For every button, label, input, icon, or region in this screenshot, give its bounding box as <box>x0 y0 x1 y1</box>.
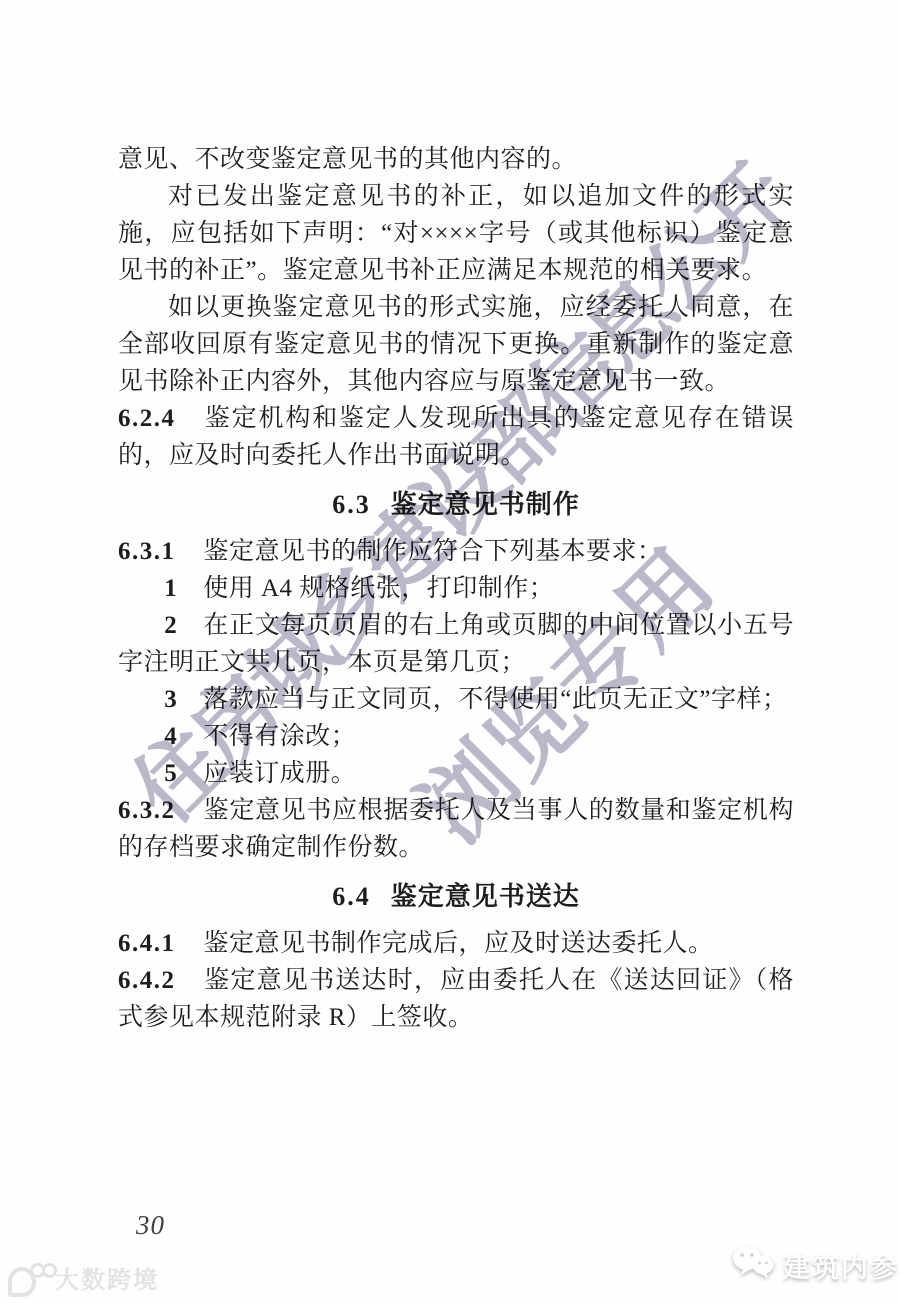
list-item-text: 落款应当与正文同页，不得使用“此页无正文”字样； <box>203 686 787 713</box>
list-item-number: 3 <box>164 686 177 713</box>
clause-text: 鉴定意见书制作完成后，应及时送达委托人。 <box>204 930 714 957</box>
list-item-text: 在正文每页页眉的右上角或页脚的中间位置以小五号字注明正文共几页，本页是第几页； <box>118 612 794 676</box>
list-item-text: 不得有涂改； <box>203 723 356 750</box>
list-item-number: 1 <box>164 575 177 602</box>
section-heading-title: 鉴定意见书送达 <box>391 881 580 911</box>
clause-6-4-1: 6.4.1鉴定意见书制作完成后，应及时送达委托人。 <box>118 925 794 962</box>
list-item-number: 5 <box>164 760 177 787</box>
wechat-icon <box>731 1243 775 1288</box>
list-item-number: 4 <box>164 723 177 750</box>
paragraph-supplement-by-file: 对已发出鉴定意见书的补正，如以追加文件的形式实施，应包括如下声明：“对××××字… <box>118 178 794 289</box>
list-item-2: 2在正文每页页眉的右上角或页脚的中间位置以小五号字注明正文共几页，本页是第几页； <box>118 607 794 681</box>
section-heading-number: 6.3 <box>332 490 371 519</box>
list-item-4: 4不得有涂改； <box>118 718 794 755</box>
list-item-3: 3落款应当与正文同页，不得使用“此页无正文”字样； <box>118 681 794 718</box>
clause-number: 6.3.1 <box>118 538 176 565</box>
clause-text: 鉴定意见书的制作应符合下列基本要求： <box>204 538 663 565</box>
list-item-number: 2 <box>164 612 177 639</box>
footer-right-brand: 建筑内参 <box>731 1243 899 1288</box>
document-page: 意见、不改变鉴定意见书的其他内容的。 对已发出鉴定意见书的补正，如以追加文件的形… <box>0 0 900 1303</box>
clause-6-3-2: 6.3.2鉴定意见书应根据委托人及当事人的数量和鉴定机构的存档要求确定制作份数。 <box>118 792 794 866</box>
clause-text: 鉴定意见书送达时，应由委托人在《送达回证》（格式参见本规范附录 R）上签收。 <box>118 967 794 1031</box>
clause-text: 鉴定意见书应根据委托人及当事人的数量和鉴定机构的存档要求确定制作份数。 <box>118 797 794 861</box>
list-item-text: 使用 A4 规格纸张，打印制作； <box>203 575 554 602</box>
section-heading-number: 6.4 <box>332 882 371 911</box>
paragraph-replacement: 如以更换鉴定意见书的形式实施，应经委托人同意，在全部收回原有鉴定意见书的情况下更… <box>118 289 794 400</box>
list-item-5: 5应装订成册。 <box>118 755 794 792</box>
footer-right-brand-label: 建筑内参 <box>783 1246 899 1285</box>
section-heading-6-3: 6.3鉴定意见书制作 <box>118 486 794 523</box>
clause-number: 6.4.2 <box>118 967 176 994</box>
list-item-text: 应装订成册。 <box>203 760 356 787</box>
document-content: 意见、不改变鉴定意见书的其他内容的。 对已发出鉴定意见书的补正，如以追加文件的形… <box>118 141 794 1036</box>
page-number: 30 <box>136 1210 165 1241</box>
section-heading-6-4: 6.4鉴定意见书送达 <box>118 878 794 915</box>
clause-text: 鉴定机构和鉴定人发现所出具的鉴定意见存在错误的，应及时向委托人作出书面说明。 <box>118 405 794 469</box>
clause-number: 6.4.1 <box>118 930 176 957</box>
footer-left-brand-label: 大数跨境 <box>55 1260 159 1295</box>
section-heading-title: 鉴定意见书制作 <box>391 489 580 519</box>
k100-logo-icon <box>8 1263 48 1293</box>
clause-number: 6.3.2 <box>118 797 176 824</box>
paragraph-continuation: 意见、不改变鉴定意见书的其他内容的。 <box>118 141 794 178</box>
footer-left-brand: 大数跨境 <box>8 1260 159 1295</box>
clause-6-4-2: 6.4.2鉴定意见书送达时，应由委托人在《送达回证》（格式参见本规范附录 R）上… <box>118 962 794 1036</box>
clause-6-2-4: 6.2.4鉴定机构和鉴定人发现所出具的鉴定意见存在错误的，应及时向委托人作出书面… <box>118 400 794 474</box>
clause-number: 6.2.4 <box>118 405 176 432</box>
list-item-1: 1使用 A4 规格纸张，打印制作； <box>118 570 794 607</box>
clause-6-3-1: 6.3.1鉴定意见书的制作应符合下列基本要求： <box>118 533 794 570</box>
